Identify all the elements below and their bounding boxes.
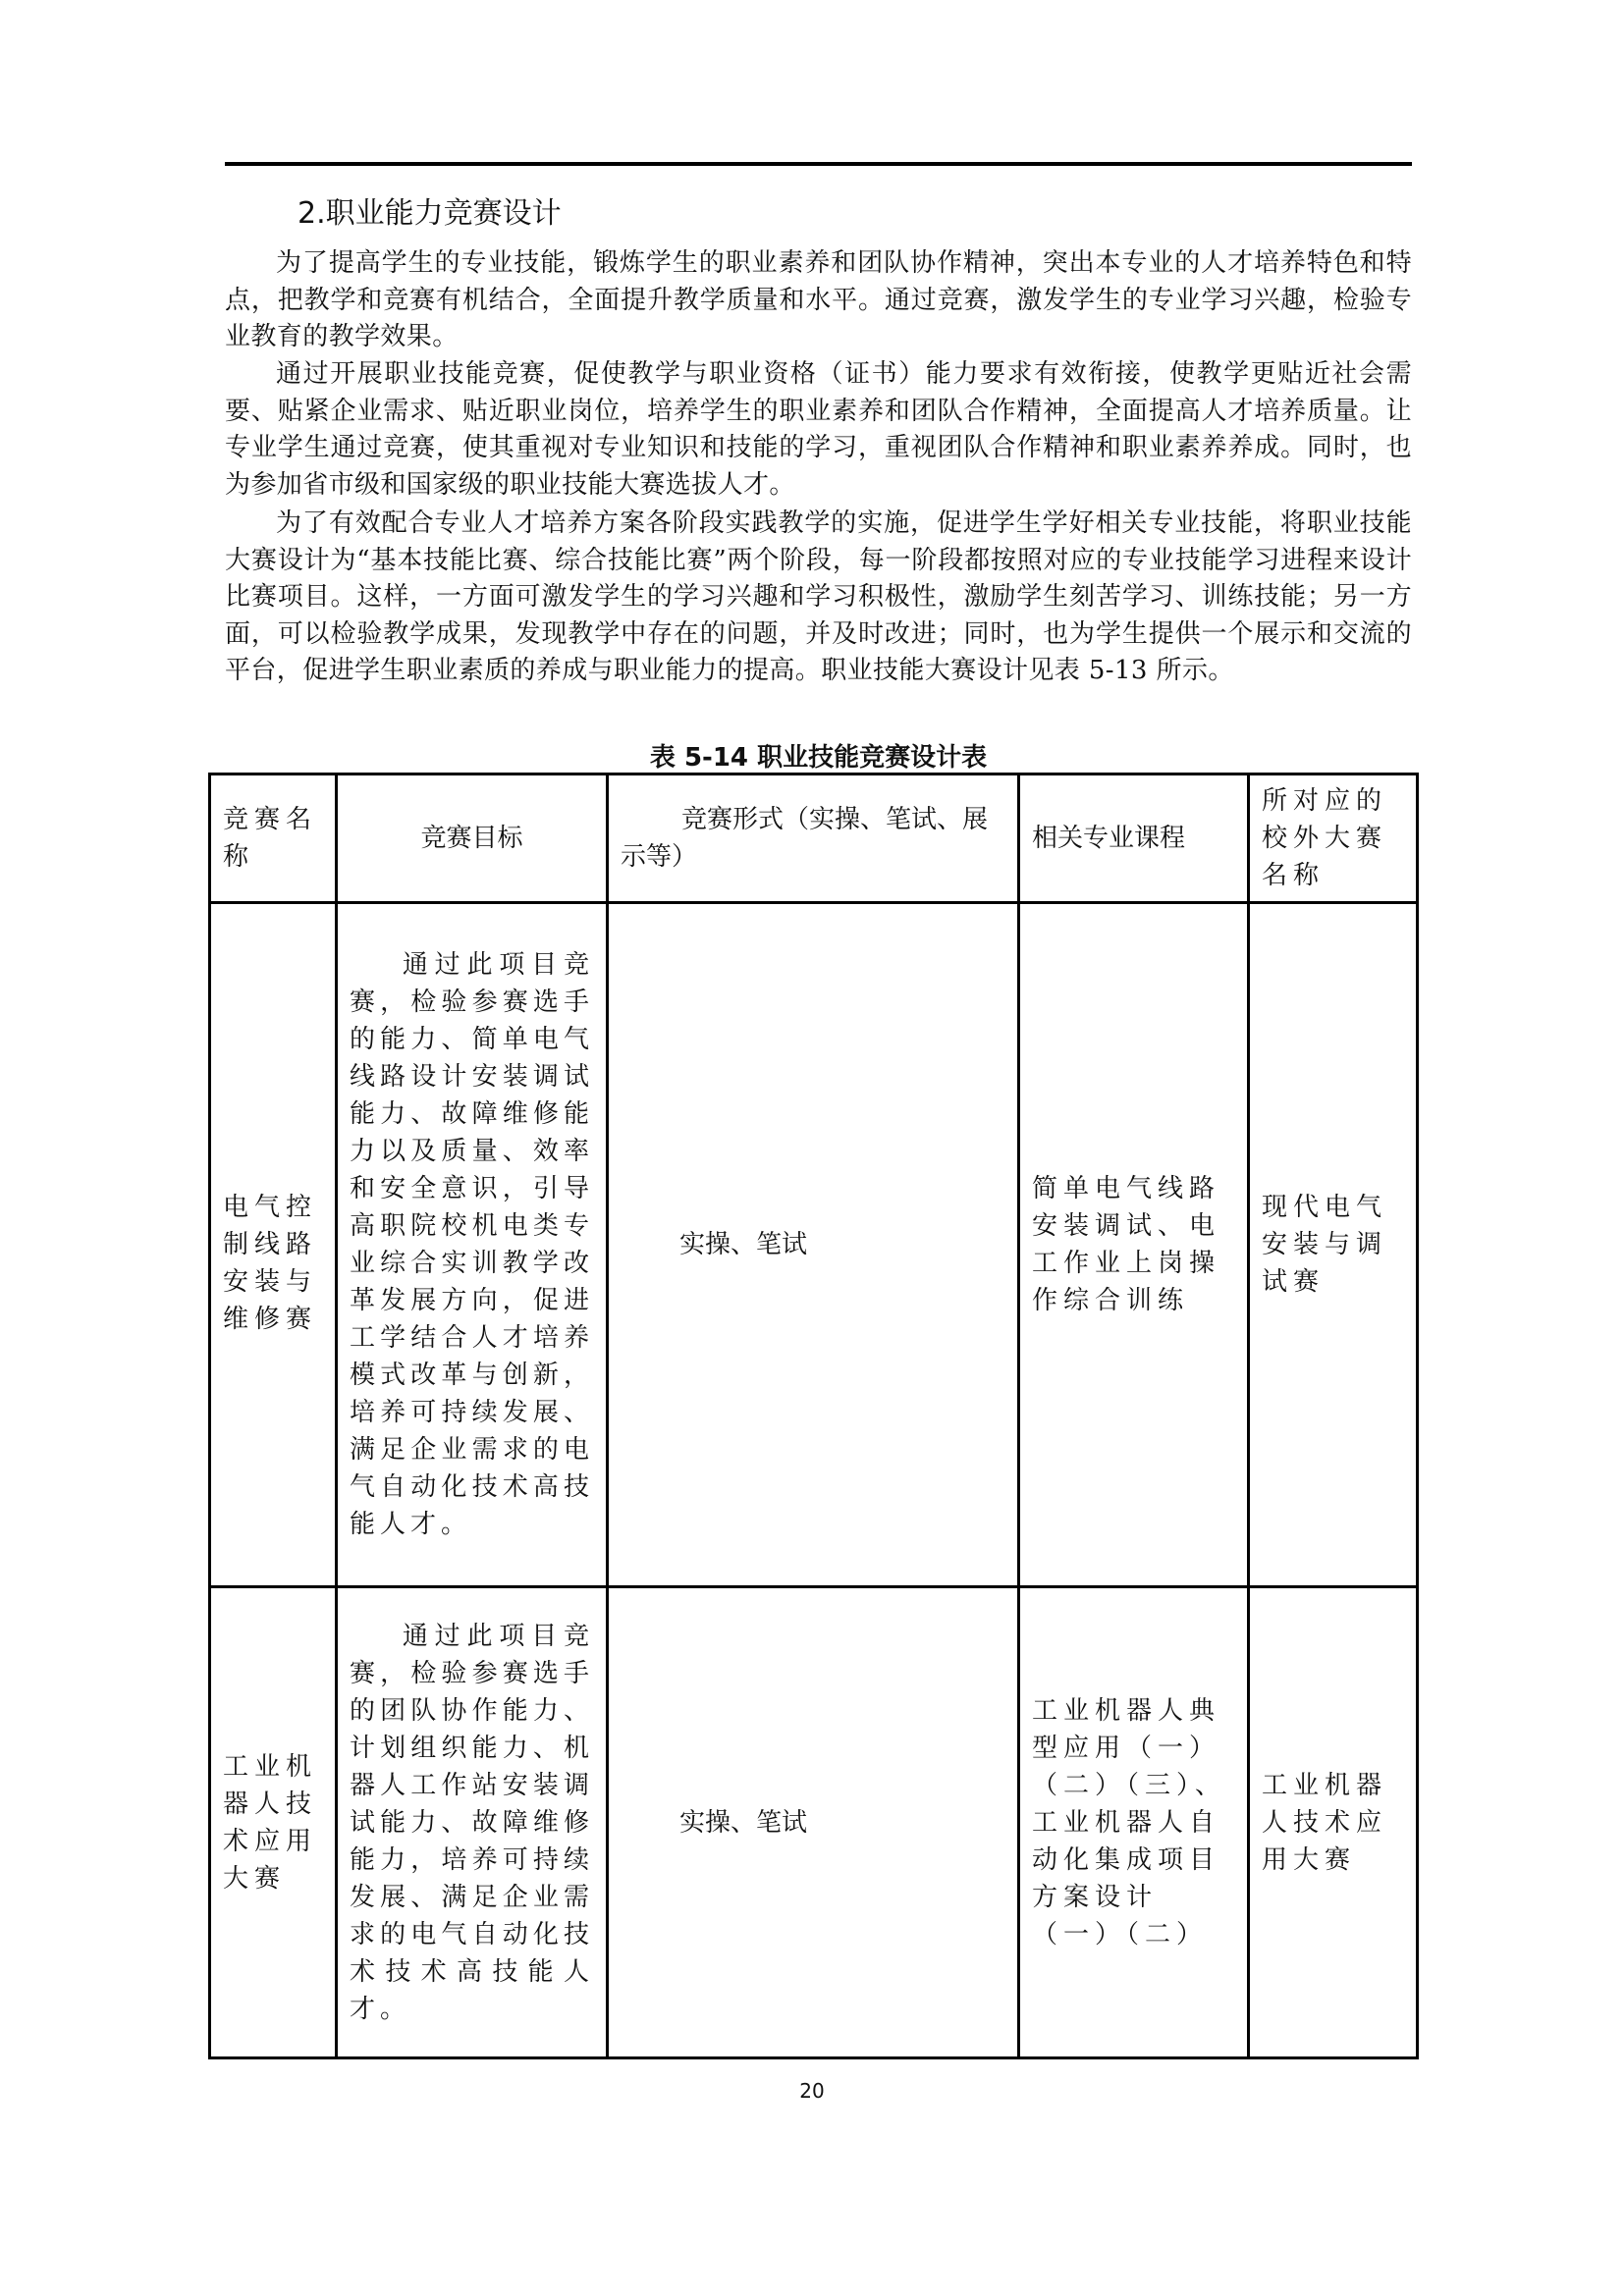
cell-goal-text: 通过此项目竞赛，检验参赛选手的能力、简单电气线路设计安装调试能力、故障维修能力以… [350, 950, 594, 1539]
cell-form: 实操、笔试 [608, 1587, 1019, 2058]
cell-name: 工业机器人技术应用大赛 [210, 1587, 337, 2058]
paragraph-1: 为了提高学生的专业技能，锻炼学生的职业素养和团队协作精神，突出本专业的人才培养特… [225, 245, 1412, 356]
paragraph-3: 为了有效配合专业人才培养方案各阶段实践教学的实施，促进学生学好相关专业技能，将职… [225, 506, 1412, 690]
cell-name-text: 电气控制线路安装与维修赛 [223, 1193, 317, 1334]
table-row: 工业机器人技术应用大赛 通过此项目竞赛，检验参赛选手的团队协作能力、计划组织能力… [210, 1587, 1418, 2058]
cell-goal: 通过此项目竞赛，检验参赛选手的能力、简单电气线路设计安装调试能力、故障维修能力以… [337, 903, 608, 1587]
cell-courses: 工业机器人典型应用（一）（二）（三）、工业机器人自动化集成项目方案设计（一）（二… [1019, 1587, 1249, 2058]
cell-goal-text: 通过此项目竞赛，检验参赛选手的团队协作能力、计划组织能力、机器人工作站安装调试能… [350, 1622, 594, 2024]
paragraph-2: 通过开展职业技能竞赛，促使教学与职业资格（证书）能力要求有效衔接，使教学更贴近社… [225, 356, 1412, 504]
competition-design-table: 竞赛名称 竞赛目标 竞赛形式（实操、笔试、展示等） 相关专业课程 所对应的校外大… [208, 773, 1419, 2059]
table-header-row: 竞赛名称 竞赛目标 竞赛形式（实操、笔试、展示等） 相关专业课程 所对应的校外大… [210, 774, 1418, 903]
cell-courses: 简单电气线路安装调试、电工作业上岗操作综合训练 [1019, 903, 1249, 1587]
header-form-label: 竞赛形式（实操、笔试、展示等） [621, 805, 988, 872]
header-form: 竞赛形式（实操、笔试、展示等） [608, 774, 1019, 903]
header-external: 所对应的校外大赛名称 [1249, 774, 1418, 903]
header-name: 竞赛名称 [210, 774, 337, 903]
header-courses: 相关专业课程 [1019, 774, 1249, 903]
header-rule [225, 162, 1412, 166]
page-number: 20 [0, 2079, 1624, 2103]
cell-goal: 通过此项目竞赛，检验参赛选手的团队协作能力、计划组织能力、机器人工作站安装调试能… [337, 1587, 608, 2058]
cell-name: 电气控制线路安装与维修赛 [210, 903, 337, 1587]
table-row: 电气控制线路安装与维修赛 通过此项目竞赛，检验参赛选手的能力、简单电气线路设计安… [210, 903, 1418, 1587]
section-title: 2.职业能力竞赛设计 [298, 194, 562, 234]
cell-form: 实操、笔试 [608, 903, 1019, 1587]
cell-external: 工业机器人技术应用大赛 [1249, 1587, 1418, 2058]
header-goal: 竞赛目标 [337, 774, 608, 903]
cell-external: 现代电气安装与调试赛 [1249, 903, 1418, 1587]
table-caption: 表 5-14 职业技能竞赛设计表 [225, 742, 1412, 774]
